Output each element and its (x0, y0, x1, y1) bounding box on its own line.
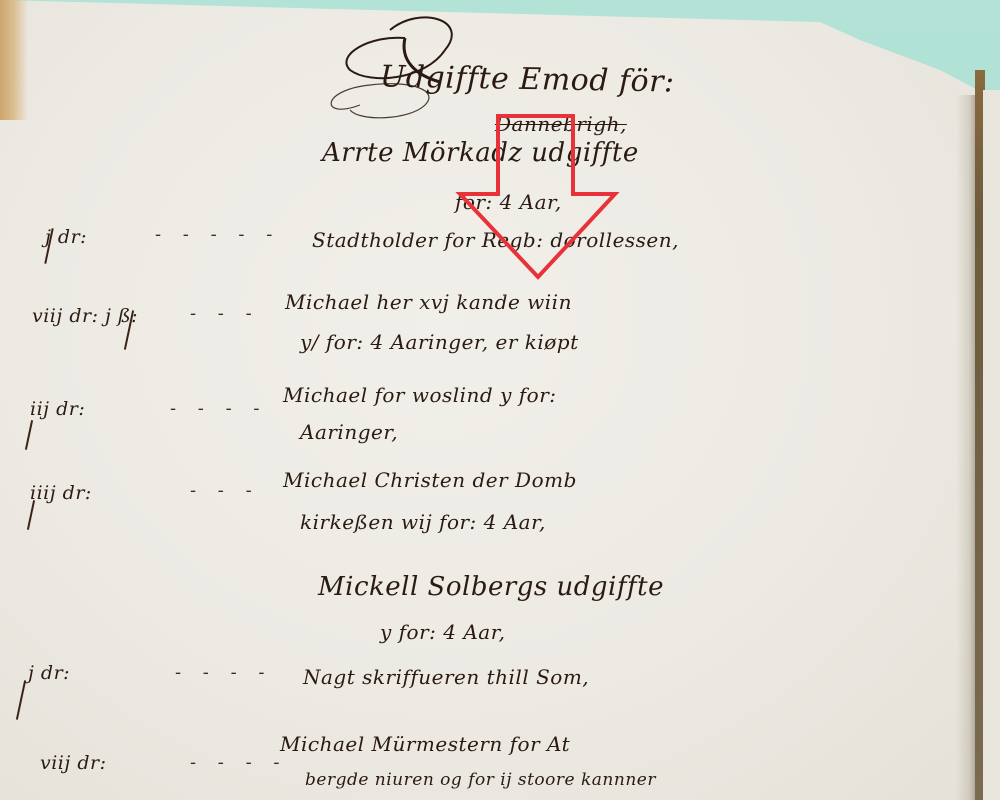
down-arrow-icon (455, 112, 620, 282)
page-title: Udgiffte Emod för: (380, 59, 675, 99)
entry-line: y/ for: 4 Aaringer, er kiøpt (300, 330, 579, 354)
entry-amount: viij dr: j ß: (32, 305, 138, 327)
entry-leader-dots: - - - - (190, 752, 288, 773)
entry-line: Michael Mürmestern for At (280, 732, 570, 756)
facing-page-edge (983, 90, 1000, 800)
entry-leader-dots: - - - (190, 303, 260, 324)
entry-leader-dots: - - - - (175, 662, 273, 683)
entry-line: Aaringer, (300, 420, 398, 444)
section-subheading: y for: 4 Aar, (380, 620, 505, 644)
entry-leader-dots: - - - - - (155, 224, 280, 245)
entry-line: Michael Christen der Domb (283, 468, 577, 492)
entry-line: Michael for woslind y for: (283, 383, 557, 407)
entry-line: bergde niuren og for ij stoore kannner (305, 770, 656, 790)
entry-amount: iij dr: (30, 398, 85, 420)
entry-leader-dots: - - - - (170, 398, 268, 419)
section-heading: Mickell Solbergs udgiffte (318, 572, 664, 602)
entry-amount: j dr: (28, 662, 70, 684)
entry-leader-dots: - - - (190, 480, 260, 501)
entry-line: Michael her xvj kande wiin (285, 290, 572, 314)
worn-page-edge (0, 0, 28, 120)
entry-amount: viij dr: (40, 752, 106, 774)
entry-amount: iiij dr: (30, 482, 92, 504)
entry-line: kirkeßen wij for: 4 Aar, (300, 510, 546, 534)
entry-line: Nagt skriffueren thill Som, (303, 665, 589, 689)
